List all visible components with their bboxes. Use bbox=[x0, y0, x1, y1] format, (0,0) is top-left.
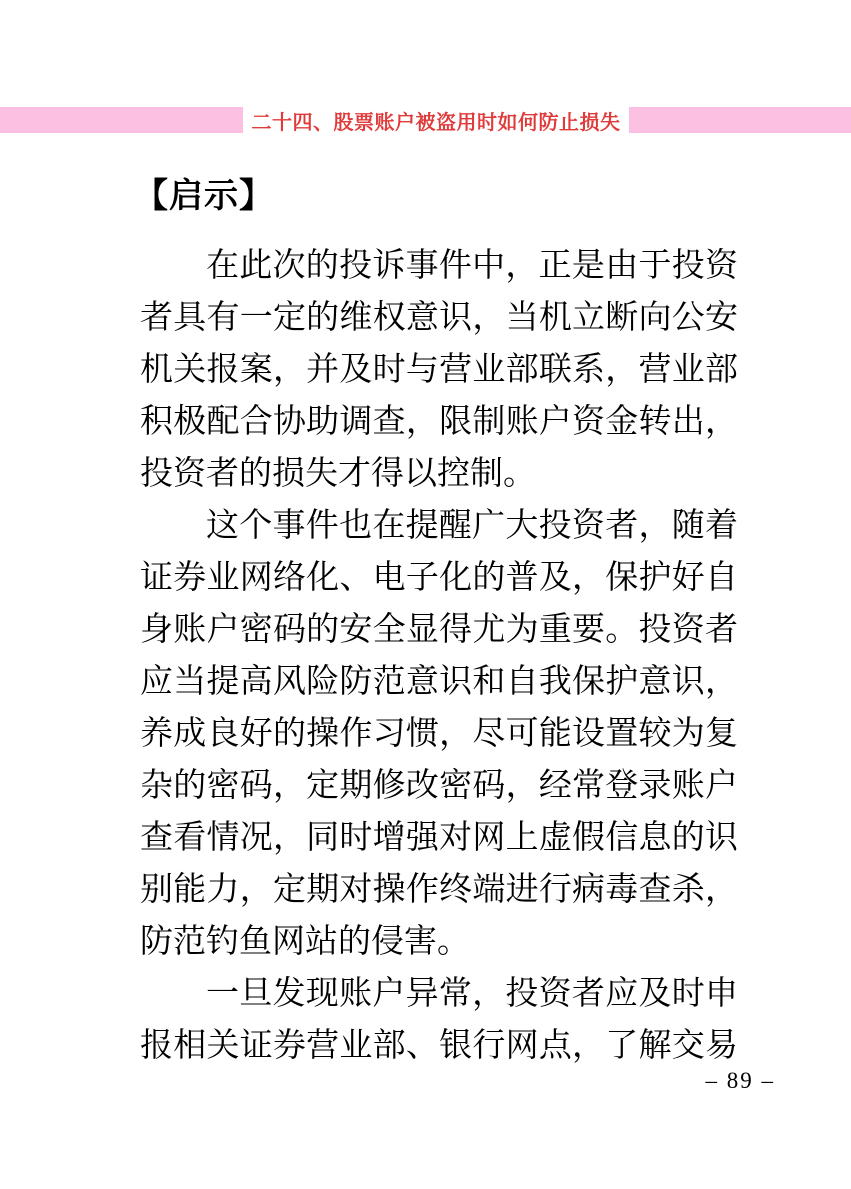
body-line: 证券业网络化、电子化的普及，保护好自 bbox=[140, 552, 738, 604]
body-line: 防范钓鱼网站的侵害。 bbox=[140, 916, 738, 968]
page-content: 【启示】 在此次的投诉事件中，正是由于投资者具有一定的维权意识，当机立断向公安机… bbox=[140, 176, 738, 1072]
body-line: 机关报案，并及时与营业部联系，营业部 bbox=[140, 344, 738, 396]
page-number: – 89 – bbox=[706, 1068, 776, 1094]
chapter-title-box: 二十四、股票账户被盗用时如何防止损失 bbox=[243, 98, 629, 142]
body-text: 在此次的投诉事件中，正是由于投资者具有一定的维权意识，当机立断向公安机关报案，并… bbox=[140, 240, 738, 1072]
body-line: 在此次的投诉事件中，正是由于投资 bbox=[140, 240, 738, 292]
chapter-header-band: 二十四、股票账户被盗用时如何防止损失 bbox=[0, 107, 851, 133]
body-line: 查看情况，同时增强对网上虚假信息的识 bbox=[140, 812, 738, 864]
body-line: 应当提高风险防范意识和自我保护意识， bbox=[140, 656, 738, 708]
body-line: 别能力，定期对操作终端进行病毒查杀， bbox=[140, 864, 738, 916]
section-heading: 【启示】 bbox=[134, 176, 738, 216]
body-line: 这个事件也在提醒广大投资者，随着 bbox=[140, 500, 738, 552]
body-line: 身账户密码的安全显得尤为重要。投资者 bbox=[140, 604, 738, 656]
body-line: 投资者的损失才得以控制。 bbox=[140, 448, 738, 500]
body-line: 一旦发现账户异常，投资者应及时申 bbox=[140, 968, 738, 1020]
chapter-title: 二十四、股票账户被盗用时如何防止损失 bbox=[252, 106, 621, 135]
body-line: 报相关证券营业部、银行网点，了解交易 bbox=[140, 1020, 738, 1072]
body-line: 积极配合协助调查，限制账户资金转出， bbox=[140, 396, 738, 448]
body-line: 养成良好的操作习惯，尽可能设置较为复 bbox=[140, 708, 738, 760]
body-line: 者具有一定的维权意识，当机立断向公安 bbox=[140, 292, 738, 344]
book-page: 二十四、股票账户被盗用时如何防止损失 【启示】 在此次的投诉事件中，正是由于投资… bbox=[0, 0, 851, 1189]
body-line: 杂的密码，定期修改密码，经常登录账户 bbox=[140, 760, 738, 812]
